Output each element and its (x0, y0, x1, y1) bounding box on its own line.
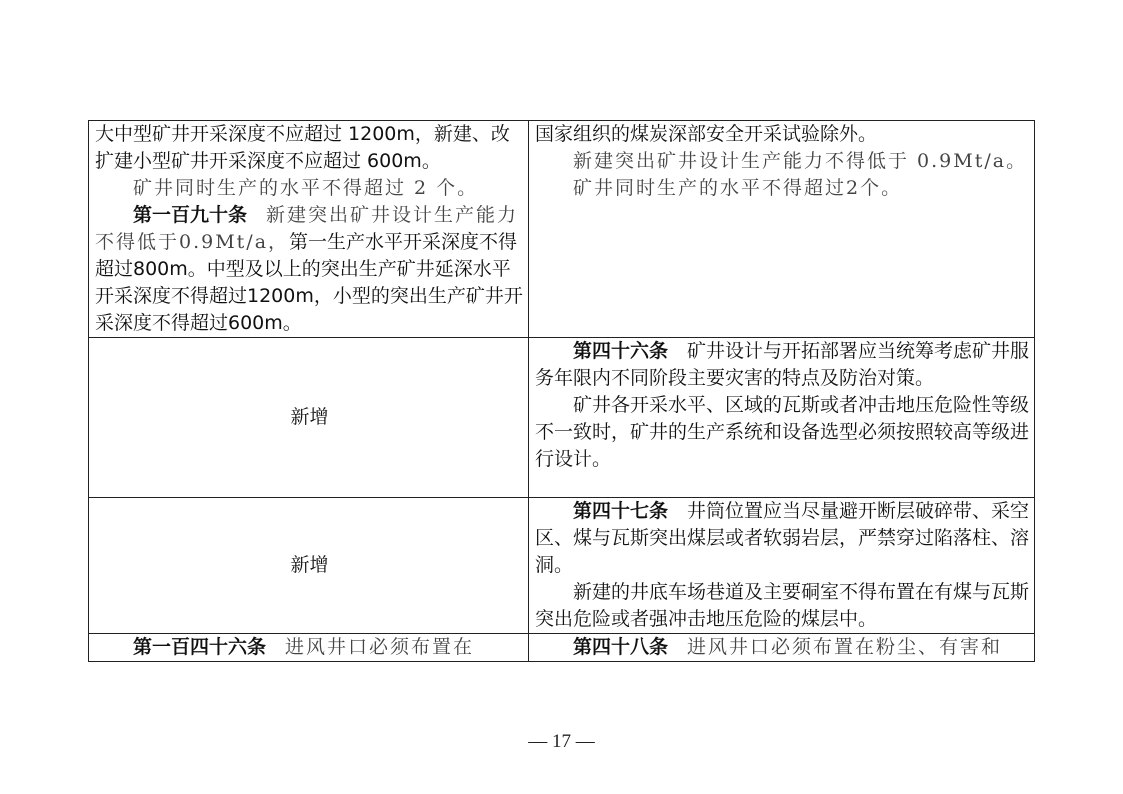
clause-title: 第四十八条 (573, 636, 668, 658)
comparison-table: 大中型矿井开采深度不应超过 1200m，新建、改扩建小型矿井开采深度不应超过 6… (88, 120, 1035, 662)
old-clause-cell: 新增 (89, 338, 529, 498)
clause-text: 进风井口必须布置在粉尘、有害和 (687, 636, 1002, 658)
new-addition-label: 新增 (290, 554, 328, 576)
page-number: — 17 — (0, 731, 1123, 753)
old-levels-text: 矿井同时生产的水平不得超过 2 个。 (95, 175, 524, 202)
table-row: 新增 第四十七条井筒位置应当尽量避开断层破碎带、采空区、煤与瓦斯突出煤层或者软弱… (89, 498, 1035, 634)
new-clause-cell: 第四十六条矿井设计与开拓部署应当统筹考虑矿井服务年限内不同阶段主要灾害的特点及防… (529, 338, 1035, 498)
clause-title: 第一百四十六条 (133, 636, 266, 658)
clause-text: 矿井各开采水平、区域的瓦斯或者冲击地压危险性等级不一致时，矿井的生产系统和设备选… (535, 392, 1030, 473)
clause-title: 第四十七条 (573, 500, 668, 522)
new-clause-cell: 国家组织的煤炭深部安全开采试验除外。 新建突出矿井设计生产能力不得低于 0.9M… (529, 121, 1035, 338)
new-clause-cell: 第四十八条进风井口必须布置在粉尘、有害和 (529, 634, 1035, 662)
old-clause-cell: 第一百四十六条进风井口必须布置在 (89, 634, 529, 662)
new-clause-text: 国家组织的煤炭深部安全开采试验除外。 (535, 121, 1030, 148)
new-addition-label: 新增 (290, 406, 328, 428)
clause-text: 新建的井底车场巷道及主要硐室不得布置在有煤与瓦斯突出危险或者强冲击地压危险的煤层… (535, 579, 1030, 633)
table-row: 大中型矿井开采深度不应超过 1200m，新建、改扩建小型矿井开采深度不应超过 6… (89, 121, 1035, 338)
table-row: 新增 第四十六条矿井设计与开拓部署应当统筹考虑矿井服务年限内不同阶段主要灾害的特… (89, 338, 1035, 498)
clause-title: 第一百九十条 (133, 204, 247, 226)
table-row: 第一百四十六条进风井口必须布置在 第四十八条进风井口必须布置在粉尘、有害和 (89, 634, 1035, 662)
clause-text: 进风井口必须布置在 (285, 636, 474, 658)
clause-title: 第四十六条 (573, 340, 668, 362)
old-depth-limit-text: 大中型矿井开采深度不应超过 1200m，新建、改扩建小型矿井开采深度不应超过 6… (95, 121, 524, 175)
new-clause-cell: 第四十七条井筒位置应当尽量避开断层破碎带、采空区、煤与瓦斯突出煤层或者软弱岩层，… (529, 498, 1035, 634)
new-clause-text: 矿井同时生产的水平不得超过2个。 (535, 175, 1030, 202)
old-clause-cell: 新增 (89, 498, 529, 634)
new-clause-text: 新建突出矿井设计生产能力不得低于 0.9Mt/a。 (535, 148, 1030, 175)
old-clause-cell: 大中型矿井开采深度不应超过 1200m，新建、改扩建小型矿井开采深度不应超过 6… (89, 121, 529, 338)
